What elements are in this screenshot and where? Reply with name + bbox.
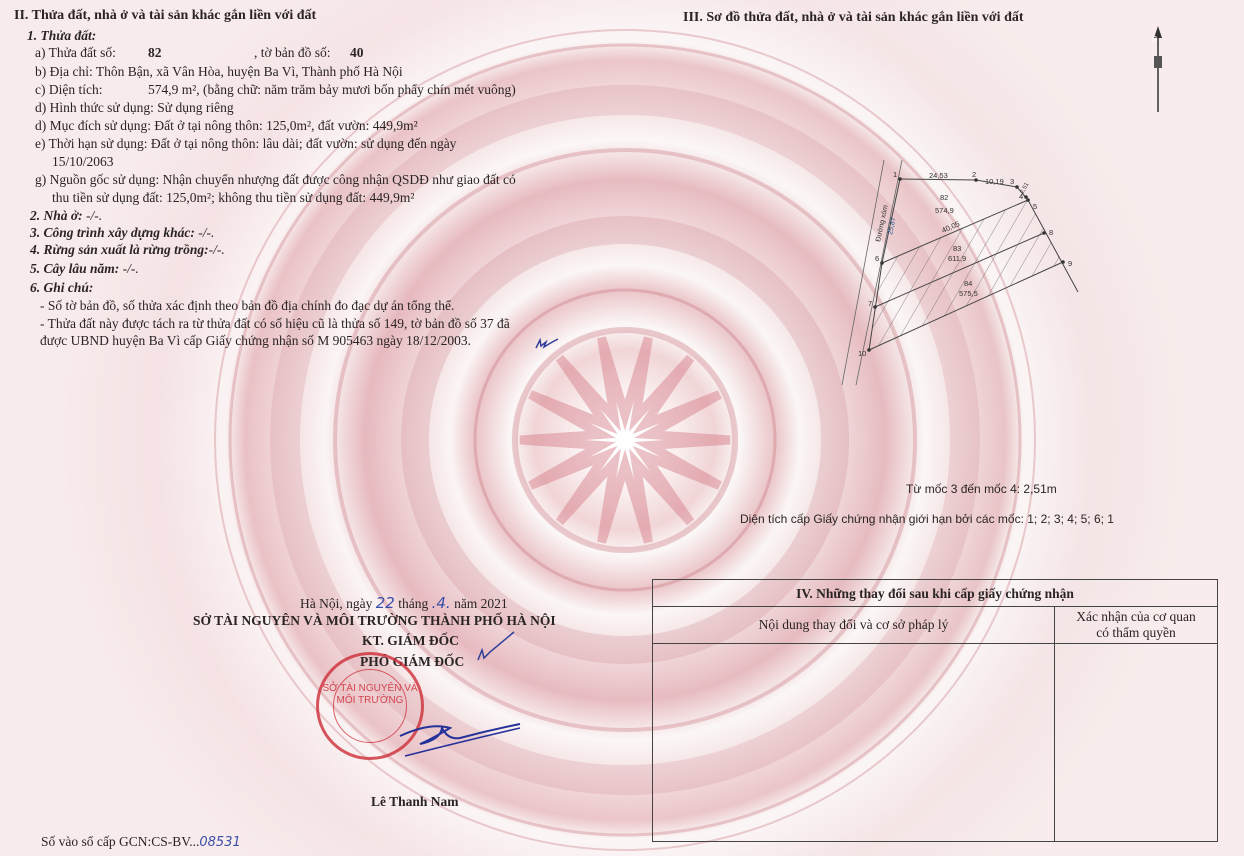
usage-purpose: d) Mục đích sử dụng: Đất ở tại nông thôn… <box>35 118 418 134</box>
svg-text:10,19: 10,19 <box>985 177 1004 186</box>
date-prefix: Hà Nội, ngày <box>300 596 372 611</box>
distance-note: Từ mốc 3 đến mốc 4: 2,51m <box>906 481 1057 497</box>
usage-term: e) Thời hạn sử dụng: Đất ở tại nông thôn… <box>35 136 456 152</box>
boundary-note: Diện tích cấp Giấy chứng nhận giới hạn b… <box>740 511 1114 527</box>
svg-text:1: 1 <box>893 170 897 179</box>
north-label: B <box>1152 32 1157 48</box>
column-authority-line1: Xác nhận của cơ quan <box>1055 609 1217 625</box>
house-item: 2. Nhà ở: -/-. <box>30 208 102 224</box>
svg-text:5: 5 <box>1033 202 1037 211</box>
registry-value: 08531 <box>199 835 240 850</box>
year-label: năm 2021 <box>454 596 508 611</box>
svg-text:24,53: 24,53 <box>929 171 948 180</box>
other-construction-value: -/-. <box>198 225 214 240</box>
svg-text:7: 7 <box>868 299 872 308</box>
note-2-cont: được UBND huyện Ba Vì cấp Giấy chứng nhậ… <box>40 333 471 349</box>
month-label: tháng <box>398 596 428 611</box>
registry-label: Số vào sổ cấp GCN:CS-BV... <box>41 834 199 849</box>
issuing-authority: SỞ TÀI NGUYÊN VÀ MÔI TRƯỜNG THÀNH PHỐ HÀ… <box>193 613 556 629</box>
svg-text:84: 84 <box>964 279 972 288</box>
notes-label: 6. Ghi chú: <box>30 280 93 296</box>
other-construction-item: 3. Công trình xây dựng khác: -/-. <box>30 225 214 241</box>
house-value: -/-. <box>86 208 102 223</box>
svg-text:9: 9 <box>1068 259 1072 268</box>
perennial-value: -/-. <box>123 261 139 276</box>
area-value: 574,9 m², (bằng chữ: năm trăm bảy mươi b… <box>148 82 516 98</box>
parcel-diagram: 1 2 3 4 5 6 7 8 9 10 24,53 10,19 2,51 40… <box>840 160 1090 390</box>
svg-text:2,51: 2,51 <box>1020 181 1031 195</box>
changes-table: IV. Những thay đổi sau khi cấp giấy chứn… <box>652 579 1218 842</box>
column-authority-confirmation: Xác nhận của cơ quan có thẩm quyền <box>1055 609 1217 641</box>
note-1: - Số tờ bản đồ, số thửa xác định theo bả… <box>40 298 454 314</box>
svg-text:2: 2 <box>972 170 976 179</box>
tick-mark-icon <box>476 630 516 666</box>
section3-title: III. Sơ đồ thửa đất, nhà ở và tài sản kh… <box>683 10 1024 26</box>
svg-text:3: 3 <box>1010 177 1014 186</box>
stamp-text: SỞ TÀI NGUYÊN VÀ MÔI TRƯỜNG <box>319 683 421 707</box>
initial-mark-icon <box>534 336 560 350</box>
signer-name: Lê Thanh Nam <box>371 794 459 810</box>
map-sheet-number: 40 <box>350 45 364 61</box>
issue-month: 4 <box>436 594 446 612</box>
changes-table-title: IV. Những thay đổi sau khi cấp giấy chứn… <box>653 586 1217 602</box>
area-label: c) Diện tích: <box>35 82 102 98</box>
issue-day: 22 <box>376 594 395 612</box>
house-label: 2. Nhà ở: <box>30 208 83 223</box>
forest-value: -/-. <box>209 242 225 257</box>
usage-origin: g) Nguồn gốc sử dụng: Nhận chuyển nhượng… <box>35 172 516 188</box>
parcel-subtitle: 1. Thửa đất: <box>27 28 96 44</box>
perennial-item: 5. Cây lâu năm: -/-. <box>30 261 139 277</box>
usage-form: d) Hình thức sử dụng: Sử dụng riêng <box>35 100 234 116</box>
parcel-number: 82 <box>148 45 162 61</box>
column-change-content: Nội dung thay đổi và cơ sở pháp lý <box>653 617 1054 633</box>
column-authority-line2: có thẩm quyền <box>1055 625 1217 641</box>
perennial-label: 5. Cây lâu năm: <box>30 261 119 276</box>
address: b) Địa chỉ: Thôn Bận, xã Vân Hòa, huyện … <box>35 64 403 80</box>
svg-text:574,9: 574,9 <box>935 206 954 215</box>
forest-label: 4. Rừng sản xuất là rừng trồng: <box>30 242 209 257</box>
other-construction-label: 3. Công trình xây dựng khác: <box>30 225 195 240</box>
usage-origin-cont: thu tiền sử dụng đất: 125,0m²; không thu… <box>52 190 414 206</box>
svg-text:8: 8 <box>1049 228 1053 237</box>
note-2: - Thửa đất này được tách ra từ thửa đất … <box>40 316 510 332</box>
svg-text:575,5: 575,5 <box>959 289 978 298</box>
svg-text:611,9: 611,9 <box>948 254 966 263</box>
role-on-behalf: KT. GIÁM ĐỐC <box>362 633 459 649</box>
section2-title: II. Thửa đất, nhà ở và tài sản khác gắn … <box>14 8 316 24</box>
usage-term-date: 15/10/2063 <box>52 154 114 170</box>
registry-number: Số vào sổ cấp GCN:CS-BV...08531 <box>41 834 241 851</box>
svg-text:25,87: 25,87 <box>887 217 898 236</box>
svg-text:10: 10 <box>858 349 866 358</box>
signature-scribble <box>390 710 530 760</box>
svg-text:83: 83 <box>953 244 961 253</box>
svg-text:82: 82 <box>940 193 948 202</box>
issue-date: Hà Nội, ngày 22 tháng .4. năm 2021 <box>300 595 508 612</box>
map-sheet-label: , tờ bản đồ số: <box>254 45 331 61</box>
parcel-number-label: a) Thửa đất số: <box>35 45 116 61</box>
svg-text:6: 6 <box>875 254 879 263</box>
forest-item: 4. Rừng sản xuất là rừng trồng:-/-. <box>30 242 225 258</box>
